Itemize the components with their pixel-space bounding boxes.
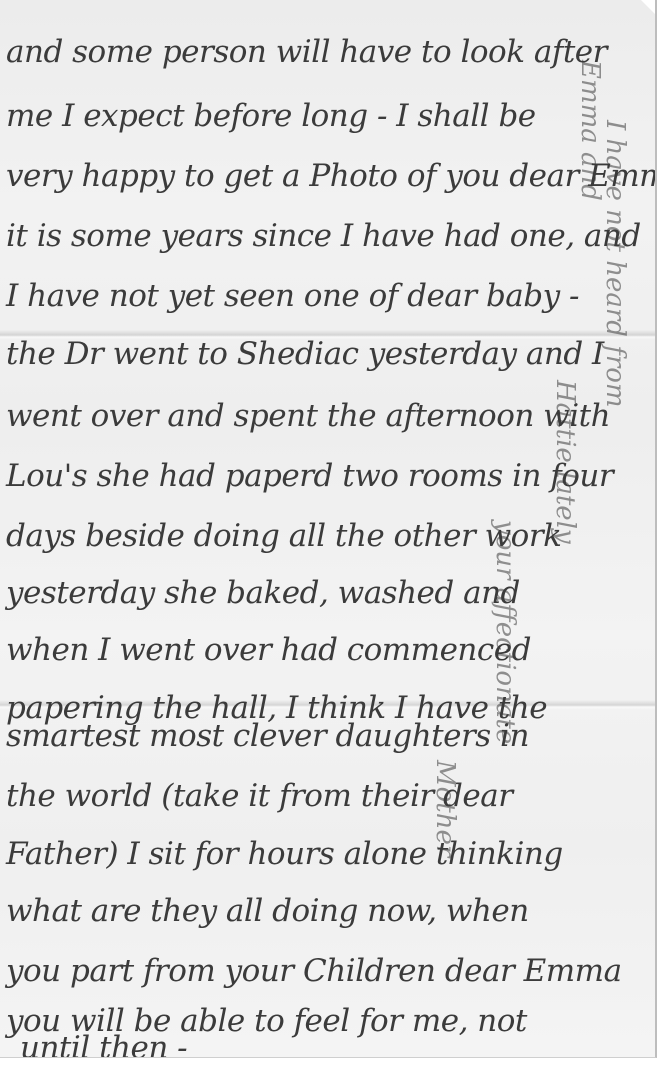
text-line: you part from your Children dear Emma — [6, 953, 622, 989]
text-line: smartest most clever daughters in — [6, 718, 529, 754]
text-line: when I went over had commenced — [6, 632, 531, 668]
text-line: it is some years since I have had one, a… — [6, 218, 641, 254]
text-line: very happy to get a Photo of you dear Em… — [6, 158, 657, 194]
text-line: Lou's she had paperd two rooms in four — [6, 458, 613, 494]
text-line: me I expect before long - I shall be — [6, 98, 536, 134]
letter-page: Emma and I have not heard from Hattie la… — [0, 0, 657, 1058]
text-line: went over and spent the afternoon with — [6, 398, 610, 434]
text-line: the world (take it from their dear — [6, 778, 513, 814]
text-line: and some person will have to look after — [6, 34, 607, 70]
text-line: until then - — [20, 1030, 187, 1058]
text-line: I have not yet seen one of dear baby - — [6, 278, 579, 314]
text-line: the Dr went to Shediac yesterday and I — [6, 336, 604, 372]
text-line: yesterday she baked, washed and — [6, 575, 520, 611]
text-line: Father) I sit for hours alone thinking — [6, 836, 563, 872]
text-line: days beside doing all the other work — [6, 518, 561, 554]
folded-corner — [641, 0, 655, 14]
text-line: what are they all doing now, when — [6, 893, 529, 929]
